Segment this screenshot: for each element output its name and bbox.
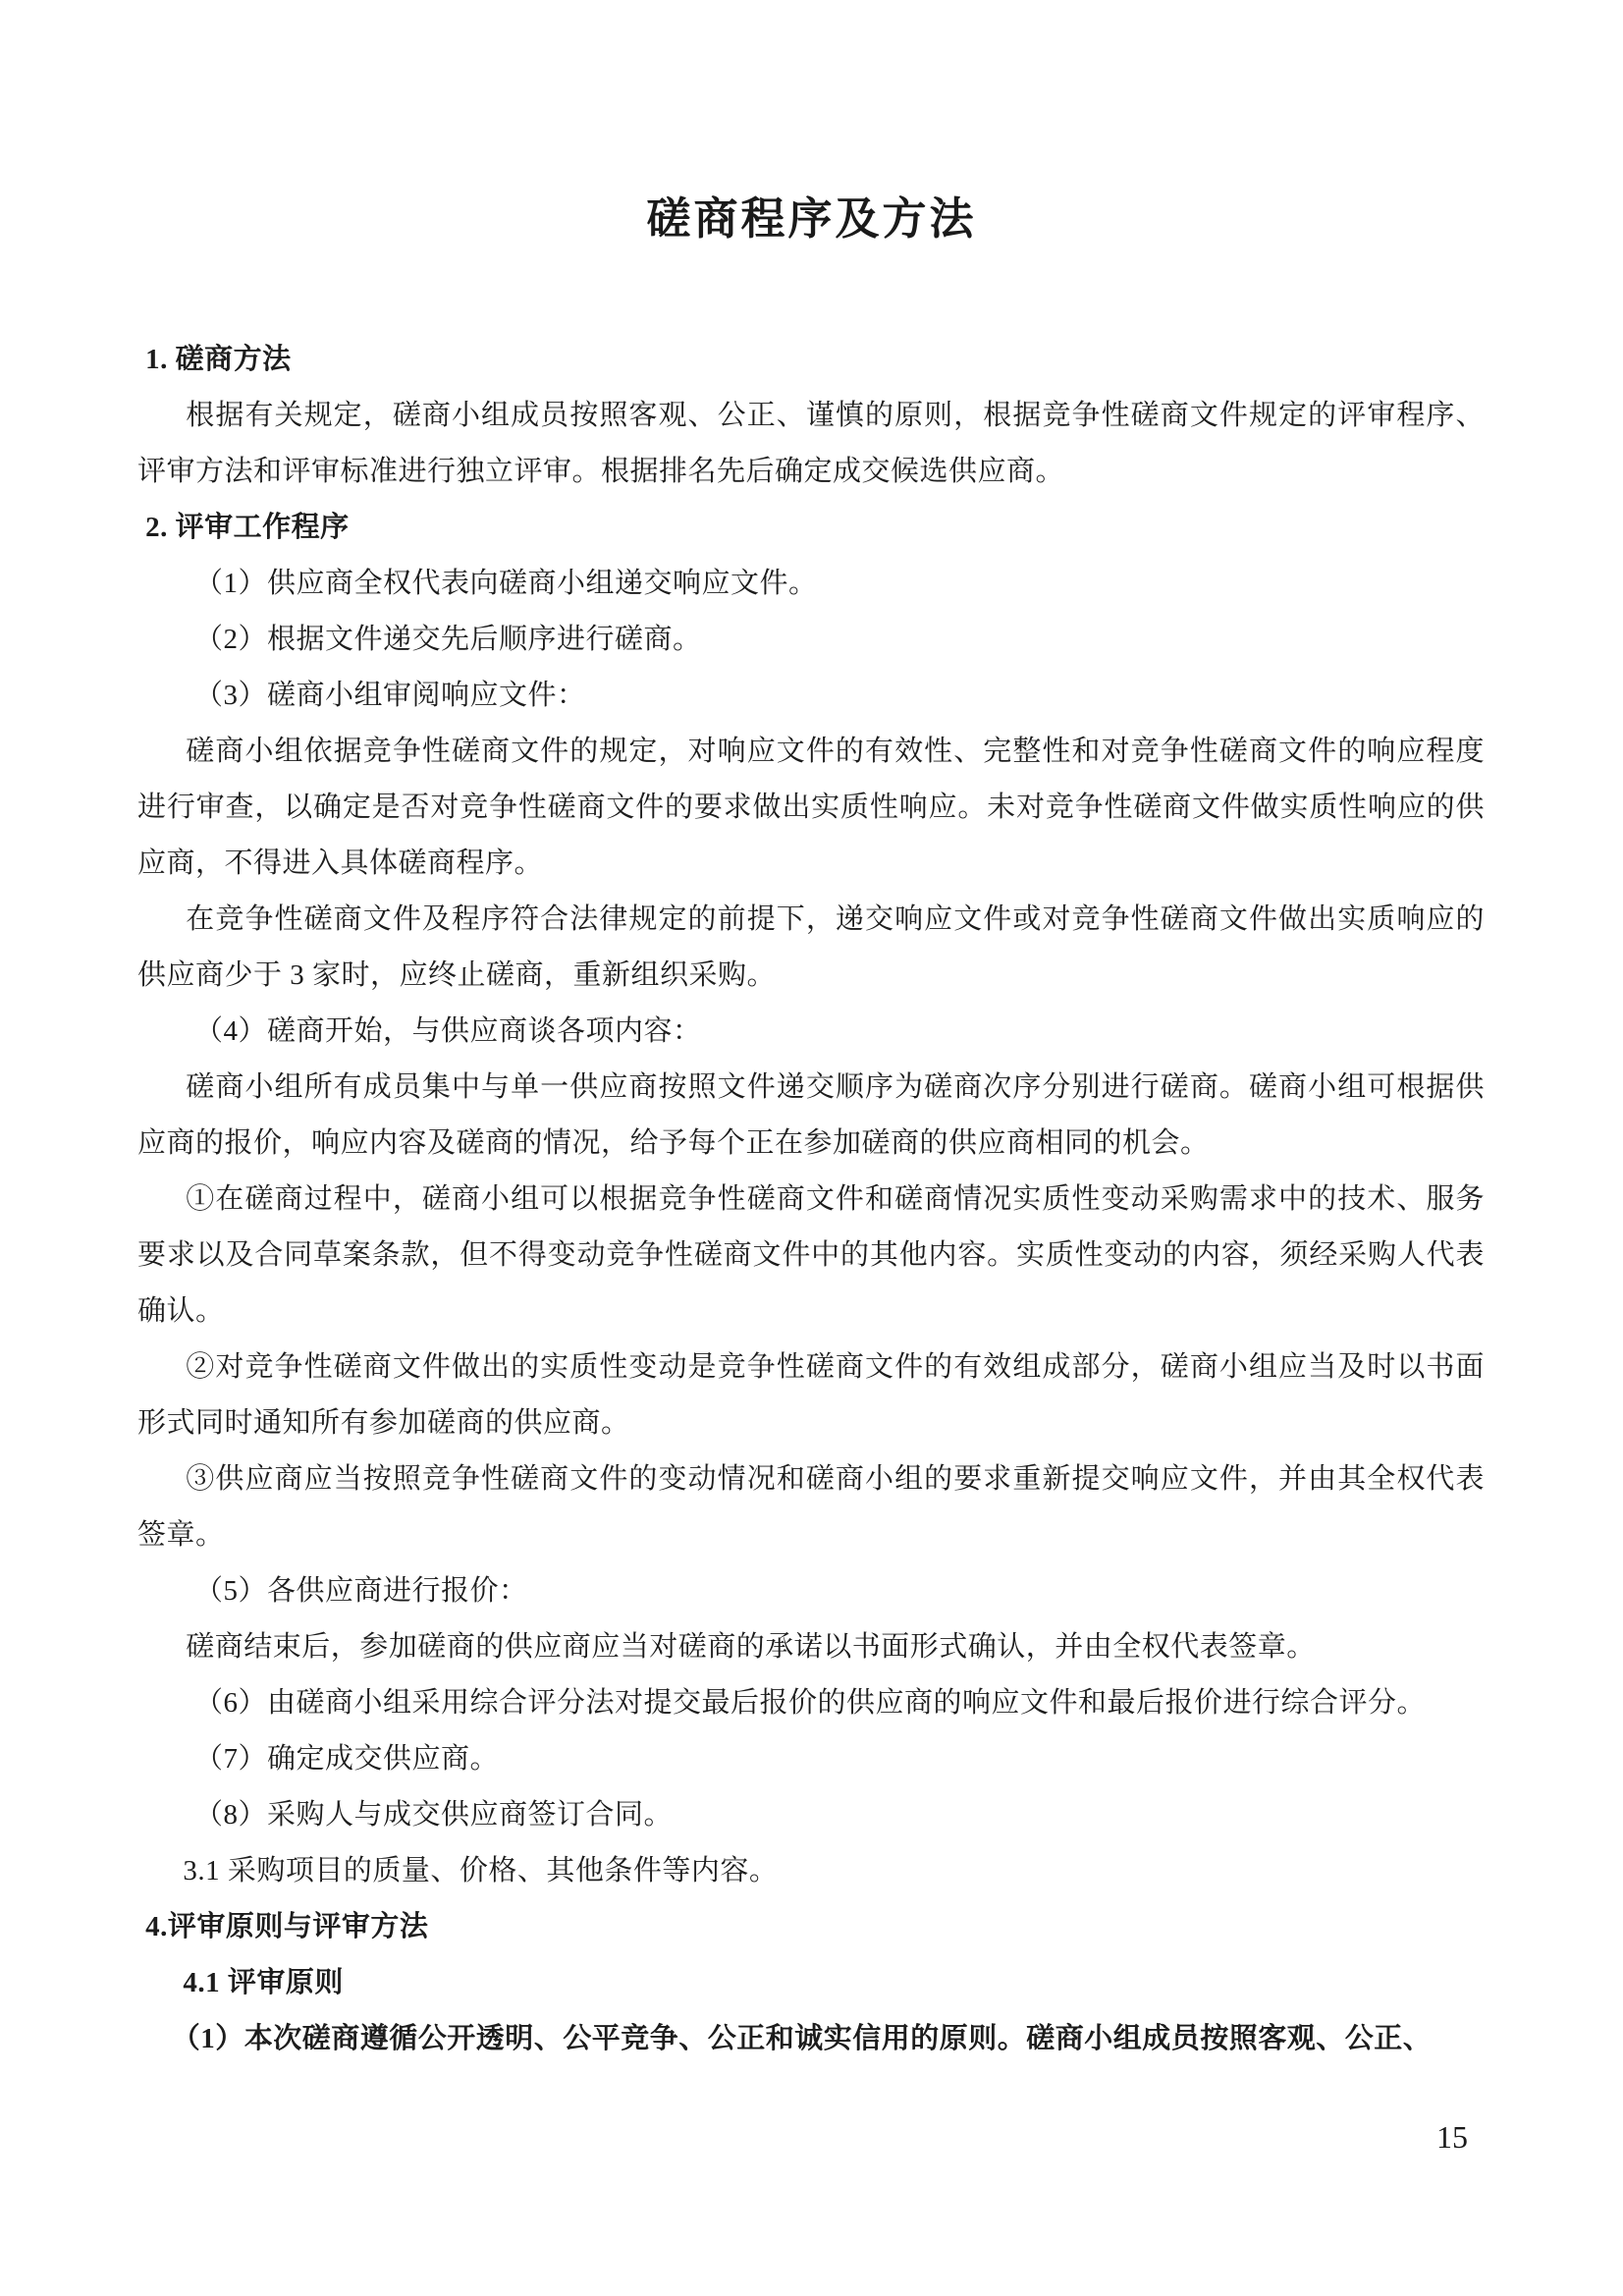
paragraph-review-check: 磋商小组依据竞争性磋商文件的规定，对响应文件的有效性、完整性和对竞争性磋商文件的… xyxy=(137,724,1485,892)
list-item-2: （2）根据文件递交先后顺序进行磋商。 xyxy=(137,612,1485,668)
list-item-7: （7）确定成交供应商。 xyxy=(137,1731,1485,1787)
paragraph-circle-1: ①在磋商过程中，磋商小组可以根据竞争性磋商文件和磋商情况实质性变动采购需求中的技… xyxy=(137,1172,1485,1339)
list-item-8: （8）采购人与成交供应商签订合同。 xyxy=(137,1787,1485,1843)
page-number: 15 xyxy=(1436,2119,1468,2156)
paragraph-circle-3: ③供应商应当按照竞争性磋商文件的变动情况和磋商小组的要求重新提交响应文件，并由其… xyxy=(137,1451,1485,1563)
list-item-5: （5）各供应商进行报价： xyxy=(137,1563,1485,1619)
list-item-3: （3）磋商小组审阅响应文件： xyxy=(137,668,1485,724)
section-heading-4-1: 4.1 评审原则 xyxy=(137,1955,1485,2011)
list-item-1: （1）供应商全权代表向磋商小组递交响应文件。 xyxy=(137,556,1485,612)
list-item-4: （4）磋商开始，与供应商谈各项内容： xyxy=(137,1004,1485,1060)
document-page: 磋商程序及方法 1. 磋商方法 根据有关规定，磋商小组成员按照客观、公正、谨慎的… xyxy=(0,0,1623,2296)
paragraph-method: 根据有关规定，磋商小组成员按照客观、公正、谨慎的原则，根据竞争性磋商文件规定的评… xyxy=(137,388,1485,500)
paragraph-quote-confirm: 磋商结束后，参加磋商的供应商应当对磋商的承诺以书面形式确认，并由全权代表签章。 xyxy=(137,1619,1485,1675)
paragraph-circle-2: ②对竞争性磋商文件做出的实质性变动是竞争性磋商文件的有效组成部分，磋商小组应当及… xyxy=(137,1339,1485,1451)
paragraph-terminate-rule: 在竞争性磋商文件及程序符合法律规定的前提下，递交响应文件或对竞争性磋商文件做出实… xyxy=(137,892,1485,1004)
page-title: 磋商程序及方法 xyxy=(0,0,1623,246)
section-heading-4: 4.评审原则与评审方法 xyxy=(137,1899,1485,1955)
paragraph-principle-1: （1）本次磋商遵循公开透明、公平竞争、公正和诚实信用的原则。磋商小组成员按照客观… xyxy=(137,2011,1485,2067)
list-item-6: （6）由磋商小组采用综合评分法对提交最后报价的供应商的响应文件和最后报价进行综合… xyxy=(137,1675,1485,1731)
paragraph-negotiation-order: 磋商小组所有成员集中与单一供应商按照文件递交顺序为磋商次序分别进行磋商。磋商小组… xyxy=(137,1060,1485,1172)
section-heading-1: 1. 磋商方法 xyxy=(137,332,1485,388)
document-body: 1. 磋商方法 根据有关规定，磋商小组成员按照客观、公正、谨慎的原则，根据竞争性… xyxy=(137,332,1485,2067)
clause-3-1: 3.1 采购项目的质量、价格、其他条件等内容。 xyxy=(137,1843,1485,1899)
section-heading-2: 2. 评审工作程序 xyxy=(137,500,1485,556)
